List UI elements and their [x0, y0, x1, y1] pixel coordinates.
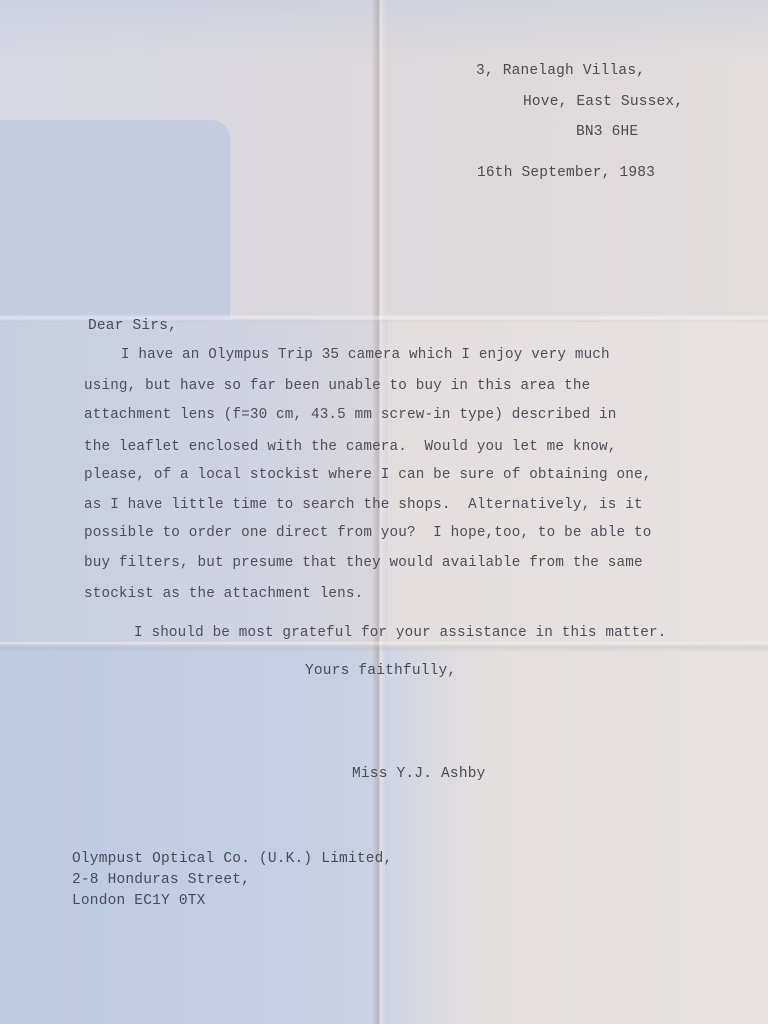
- recipient-address-line1: Olympust Optical Co. (U.K.) Limited,: [72, 852, 392, 867]
- body-line: buy filters, but presume that they would…: [84, 555, 643, 571]
- salutation: Dear Sirs,: [88, 319, 177, 334]
- shadow-region-bottom: [0, 648, 480, 1024]
- closing-paragraph: I should be most grateful for your assis…: [134, 625, 667, 641]
- horizontal-fold-crease-lower: [0, 642, 768, 652]
- sender-address-postcode: BN3 6HE: [576, 125, 638, 140]
- body-line: please, of a local stockist where I can …: [84, 467, 651, 483]
- letter-date: 16th September, 1983: [477, 166, 655, 181]
- body-line: the leaflet enclosed with the camera. Wo…: [84, 439, 617, 455]
- recipient-address-line3: London EC1Y 0TX: [72, 894, 206, 909]
- body-line: I have an Olympus Trip 35 camera which I…: [86, 347, 610, 363]
- valediction: Yours faithfully,: [305, 664, 456, 679]
- sender-address-line2: Hove, East Sussex,: [523, 95, 683, 110]
- body-line: using, but have so far been unable to bu…: [84, 378, 590, 394]
- signature-name: Miss Y.J. Ashby: [352, 767, 486, 782]
- recipient-address-line2: 2-8 Honduras Street,: [72, 873, 250, 888]
- body-line: as I have little time to search the shop…: [84, 497, 643, 513]
- body-line: attachment lens (f=30 cm, 43.5 mm screw-…: [84, 407, 617, 423]
- shadow-region-top: [0, 120, 230, 320]
- body-line: stockist as the attachment lens.: [84, 586, 363, 602]
- body-line: possible to order one direct from you? I…: [84, 525, 651, 541]
- sender-address-line1: 3, Ranelagh Villas,: [476, 64, 645, 79]
